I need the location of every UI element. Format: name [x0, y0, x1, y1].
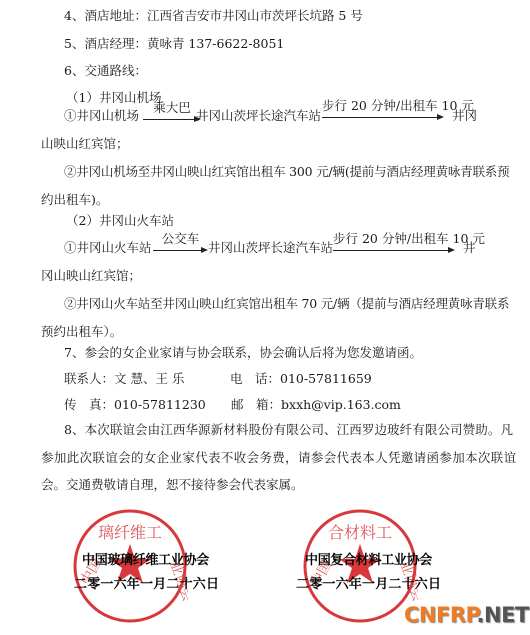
- contact-email-value: bxxh@vip.163.com: [281, 397, 401, 412]
- contact-intro: 7、参会的女企业家请与协会联系，协会确认后将为您发邀请函。: [64, 345, 422, 361]
- arrow-public-bus-label: 公交车: [153, 231, 208, 247]
- svg-text:合材料工: 合材料工: [328, 523, 392, 542]
- transport-title: 6、交通路线：: [64, 63, 147, 79]
- arrow-walk-taxi-label: 步行 20 分钟/出租车 10 元: [322, 98, 444, 114]
- airport-route2-line1: ②井冈山机场至井冈山映山红宾馆出租车 300 元/辆(提前与酒店经理黄咏青联系预: [64, 164, 509, 180]
- contact-person: 联系人：文 慧、王 乐: [64, 371, 184, 387]
- contact-person-value: 文 慧、王 乐: [114, 371, 184, 386]
- arrow-shaft: [153, 250, 202, 251]
- svg-text:璃纤维工: 璃纤维工: [98, 523, 162, 542]
- contact-phone: 电 话：010-57811659: [230, 371, 372, 387]
- signature-date-1: 二零一六年一月二十六日: [74, 573, 219, 592]
- arrow-walk-taxi-2: 步行 20 分钟/出租车 10 元: [333, 233, 455, 257]
- train-route2-line1: ②井冈山火车站至井冈山映山红宾馆出租车 70 元/辆（提前与酒店经理黄咏青联系: [64, 296, 509, 312]
- train-title: （2）井冈山火车站: [66, 213, 174, 229]
- arrow-shaft: [143, 119, 195, 120]
- arrow-public-bus: 公交车: [153, 233, 208, 257]
- contact-phone-value: 010-57811659: [280, 371, 372, 386]
- train-route1-end: 井: [463, 240, 476, 256]
- airport-route1-start: ①井冈山机场: [64, 108, 139, 124]
- sponsor-line1: 8、本次联谊会由江西华源新材料股份有限公司、江西罗边玻纤有限公司赞助。凡: [64, 422, 513, 438]
- airport-route1-end: 井冈: [452, 108, 477, 124]
- signature-org-1: 中国玻璃纤维工业协会: [82, 549, 209, 568]
- arrow-head-icon: [201, 247, 208, 253]
- watermark-part1: CNFRP: [404, 603, 477, 627]
- contact-person-label: 联系人：: [64, 371, 114, 386]
- watermark-part2: .NET: [477, 603, 529, 627]
- arrow-shaft: [333, 250, 449, 251]
- airport-route2-line2: 约出租车)。: [41, 192, 108, 208]
- signature-org-2: 中国复合材料工业协会: [305, 549, 432, 568]
- contact-email: 邮 箱：bxxh@vip.163.com: [231, 397, 401, 413]
- sponsor-line2: 参加此次联谊会的女企业家代表不收会务费，请参会代表本人凭邀请函参加本次联谊: [41, 450, 516, 466]
- airport-route1-mid: 井冈山茨坪长途汽车站: [196, 108, 321, 124]
- airport-route1-end-cont: 山映山红宾馆；: [41, 136, 129, 152]
- contact-fax: 传 真：010-57811230: [64, 397, 206, 413]
- train-route2-line2: 预约出租车）。: [41, 324, 122, 340]
- arrow-head-icon: [448, 247, 455, 253]
- contact-email-label: 邮 箱：: [231, 397, 281, 412]
- arrow-bus: 乘大巴: [143, 102, 201, 126]
- arrow-walk-taxi: 步行 20 分钟/出租车 10 元: [322, 100, 444, 124]
- signature-date-2: 二零一六年一月二十六日: [296, 573, 441, 592]
- arrow-walk-taxi-label: 步行 20 分钟/出租车 10 元: [333, 231, 455, 247]
- arrow-bus-label: 乘大巴: [143, 100, 201, 116]
- hotel-address: 4、酒店地址：江西省吉安市井冈山市茨坪长坑路 5 号: [64, 8, 363, 24]
- contact-fax-value: 010-57811230: [114, 397, 206, 412]
- cnfrp-watermark: CNFRP.NET: [404, 603, 529, 627]
- hotel-manager: 5、酒店经理：黄咏青 137-6622-8051: [64, 36, 284, 52]
- contact-phone-label: 电 话：: [230, 371, 280, 386]
- train-route1-start: ①井冈山火车站: [64, 240, 152, 256]
- arrow-head-icon: [437, 114, 444, 120]
- sponsor-line3: 会。交通费敬请自理，恕不接待参会代表家属。: [41, 477, 304, 493]
- contact-fax-label: 传 真：: [64, 397, 114, 412]
- train-route1-mid: 井冈山茨坪长途汽车站: [208, 240, 333, 256]
- arrow-shaft: [322, 117, 438, 118]
- train-route1-end-cont: 冈山映山红宾馆；: [41, 268, 141, 284]
